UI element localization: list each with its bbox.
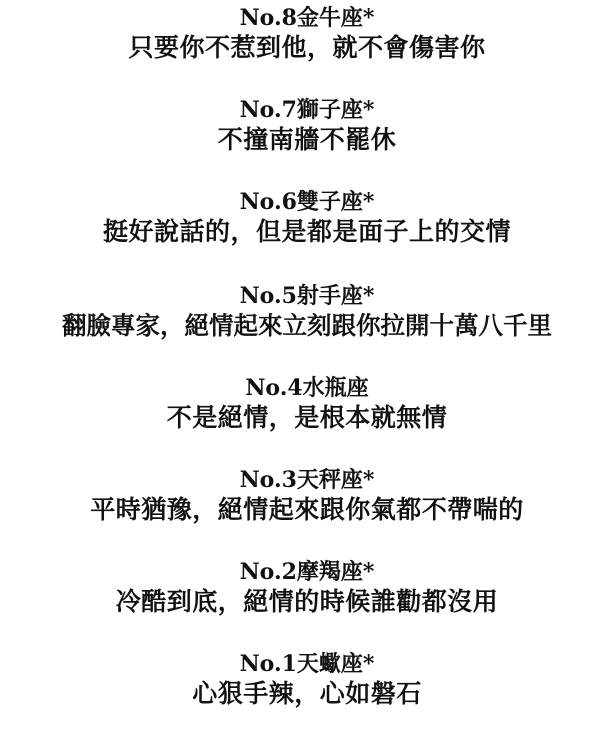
entry-description: 只要你不惹到他，就不會傷害你 bbox=[0, 32, 614, 64]
entry-title: No.3天秤座* bbox=[0, 466, 614, 494]
entry-description: 挺好說話的，但是都是面子上的交情 bbox=[0, 216, 614, 248]
entry-title: No.7獅子座* bbox=[0, 96, 614, 124]
entry-title: No.2摩羯座* bbox=[0, 558, 614, 586]
ranking-entry-no1-scorpio: No.1天蠍座* 心狠手辣，心如磐石 bbox=[0, 650, 614, 710]
entry-description: 平時猶豫，絕情起來跟你氣都不帶喘的 bbox=[0, 494, 614, 526]
ranking-entry-no6-gemini: No.6雙子座* 挺好說話的，但是都是面子上的交情 bbox=[0, 188, 614, 248]
zodiac-ranking-page: No.8金牛座* 只要你不惹到他，就不會傷害你 No.7獅子座* 不撞南牆不罷休… bbox=[0, 0, 614, 738]
entry-description: 冷酷到底，絕情的時候誰勸都沒用 bbox=[0, 586, 614, 618]
entry-title: No.4水瓶座 bbox=[0, 374, 614, 402]
entry-title: No.1天蠍座* bbox=[0, 650, 614, 678]
entry-description: 翻臉專家，絕情起來立刻跟你拉開十萬八千里 bbox=[0, 310, 614, 342]
entry-description: 不撞南牆不罷休 bbox=[0, 124, 614, 156]
entry-title: No.8金牛座* bbox=[0, 4, 614, 32]
ranking-entry-no2-capricorn: No.2摩羯座* 冷酷到底，絕情的時候誰勸都沒用 bbox=[0, 558, 614, 618]
ranking-entry-no5-sagittarius: No.5射手座* 翻臉專家，絕情起來立刻跟你拉開十萬八千里 bbox=[0, 282, 614, 342]
entry-title: No.5射手座* bbox=[0, 282, 614, 310]
entry-title: No.6雙子座* bbox=[0, 188, 614, 216]
entry-description: 心狠手辣，心如磐石 bbox=[0, 678, 614, 710]
ranking-entry-no7-leo: No.7獅子座* 不撞南牆不罷休 bbox=[0, 96, 614, 156]
ranking-entry-no8-taurus: No.8金牛座* 只要你不惹到他，就不會傷害你 bbox=[0, 4, 614, 64]
ranking-entry-no4-aquarius: No.4水瓶座 不是絕情，是根本就無情 bbox=[0, 374, 614, 434]
ranking-entry-no3-libra: No.3天秤座* 平時猶豫，絕情起來跟你氣都不帶喘的 bbox=[0, 466, 614, 526]
entry-description: 不是絕情，是根本就無情 bbox=[0, 402, 614, 434]
